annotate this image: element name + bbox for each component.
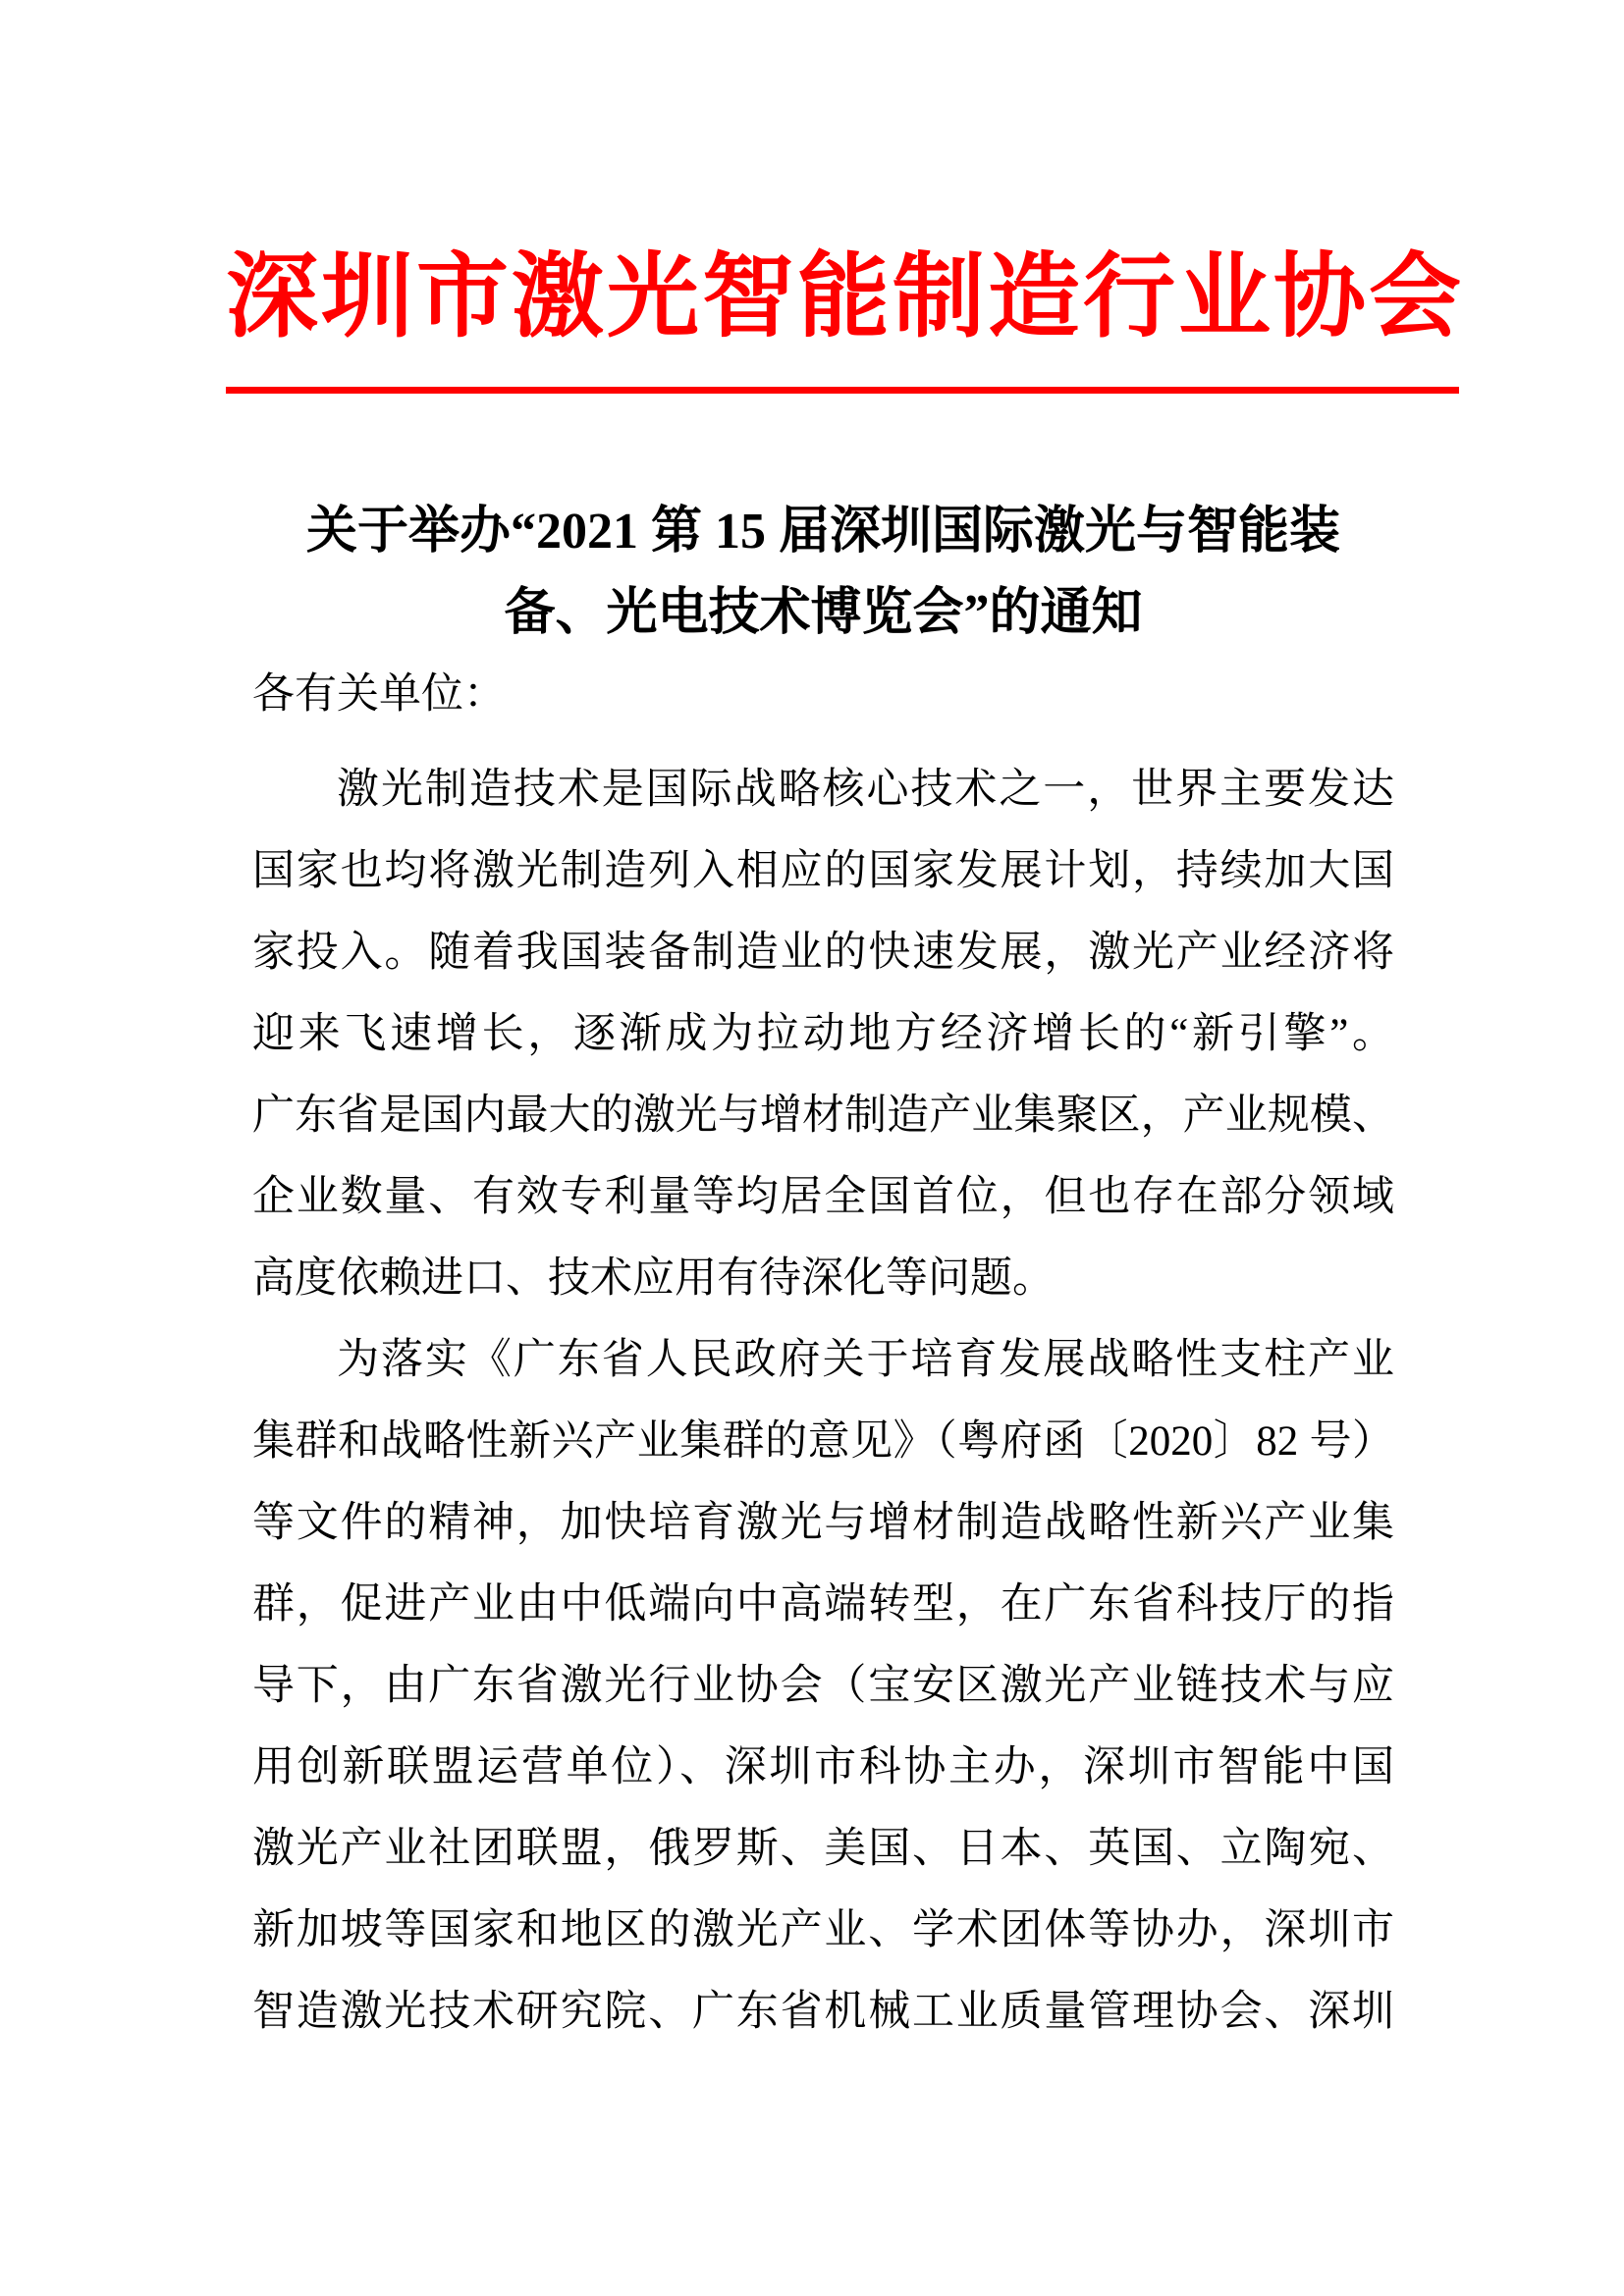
body-line: 企业数量、有效专利量等均居全国首位，但也存在部分领域 — [252, 1156, 1394, 1238]
body-line: 等文件的精神，加快培育激光与增材制造战略性新兴产业集 — [252, 1482, 1394, 1564]
body-line: 用创新联盟运营单位）、深圳市科协主办，深圳市智能中国 — [252, 1727, 1394, 1808]
body-line: 高度依赖进口、技术应用有待深化等问题。 — [252, 1238, 1394, 1319]
notice-title: 关于举办“2021 第 15 届深圳国际激光与智能装 备、光电技术博览会”的通知 — [252, 491, 1394, 654]
document-page: 深圳市激光智能制造行业协会 关于举办“2021 第 15 届深圳国际激光与智能装… — [0, 0, 1624, 2296]
body-line: 广东省是国内最大的激光与增材制造产业集聚区，产业规模、 — [252, 1075, 1394, 1156]
body-line: 为落实《广东省人民政府关于培育发展战略性支柱产业 — [252, 1319, 1394, 1401]
paragraph-1: 激光制造技术是国际战略核心技术之一，世界主要发达 国家也均将激光制造列入相应的国… — [252, 749, 1394, 1319]
body-line: 家投入。随着我国装备制造业的快速发展，激光产业经济将 — [252, 912, 1394, 993]
body-line: 新加坡等国家和地区的激光产业、学术团体等协办，深圳市 — [252, 1890, 1394, 1971]
document-body: 关于举办“2021 第 15 届深圳国际激光与智能装 备、光电技术博览会”的通知… — [252, 0, 1394, 2053]
notice-title-line-1: 关于举办“2021 第 15 届深圳国际激光与智能装 — [252, 491, 1394, 572]
salutation: 各有关单位： — [252, 654, 1394, 735]
body-line: 激光制造技术是国际战略核心技术之一，世界主要发达 — [252, 749, 1394, 830]
body-line: 智造激光技术研究院、广东省机械工业质量管理协会、深圳 — [252, 1971, 1394, 2053]
notice-title-line-2: 备、光电技术博览会”的通知 — [252, 572, 1394, 654]
body-line: 迎来飞速增长，逐渐成为拉动地方经济增长的“新引擎”。 — [252, 993, 1394, 1075]
body-line: 集群和战略性新兴产业集群的意见》（粤府函〔2020〕82 号） — [252, 1401, 1394, 1482]
body-line: 导下，由广东省激光行业协会（宝安区激光产业链技术与应 — [252, 1645, 1394, 1727]
body-line: 国家也均将激光制造列入相应的国家发展计划，持续加大国 — [252, 830, 1394, 912]
paragraph-2: 为落实《广东省人民政府关于培育发展战略性支柱产业 集群和战略性新兴产业集群的意见… — [252, 1319, 1394, 2053]
body-line: 群，促进产业由中低端向中高端转型，在广东省科技厅的指 — [252, 1564, 1394, 1645]
body-line: 激光产业社团联盟，俄罗斯、美国、日本、英国、立陶宛、 — [252, 1808, 1394, 1890]
